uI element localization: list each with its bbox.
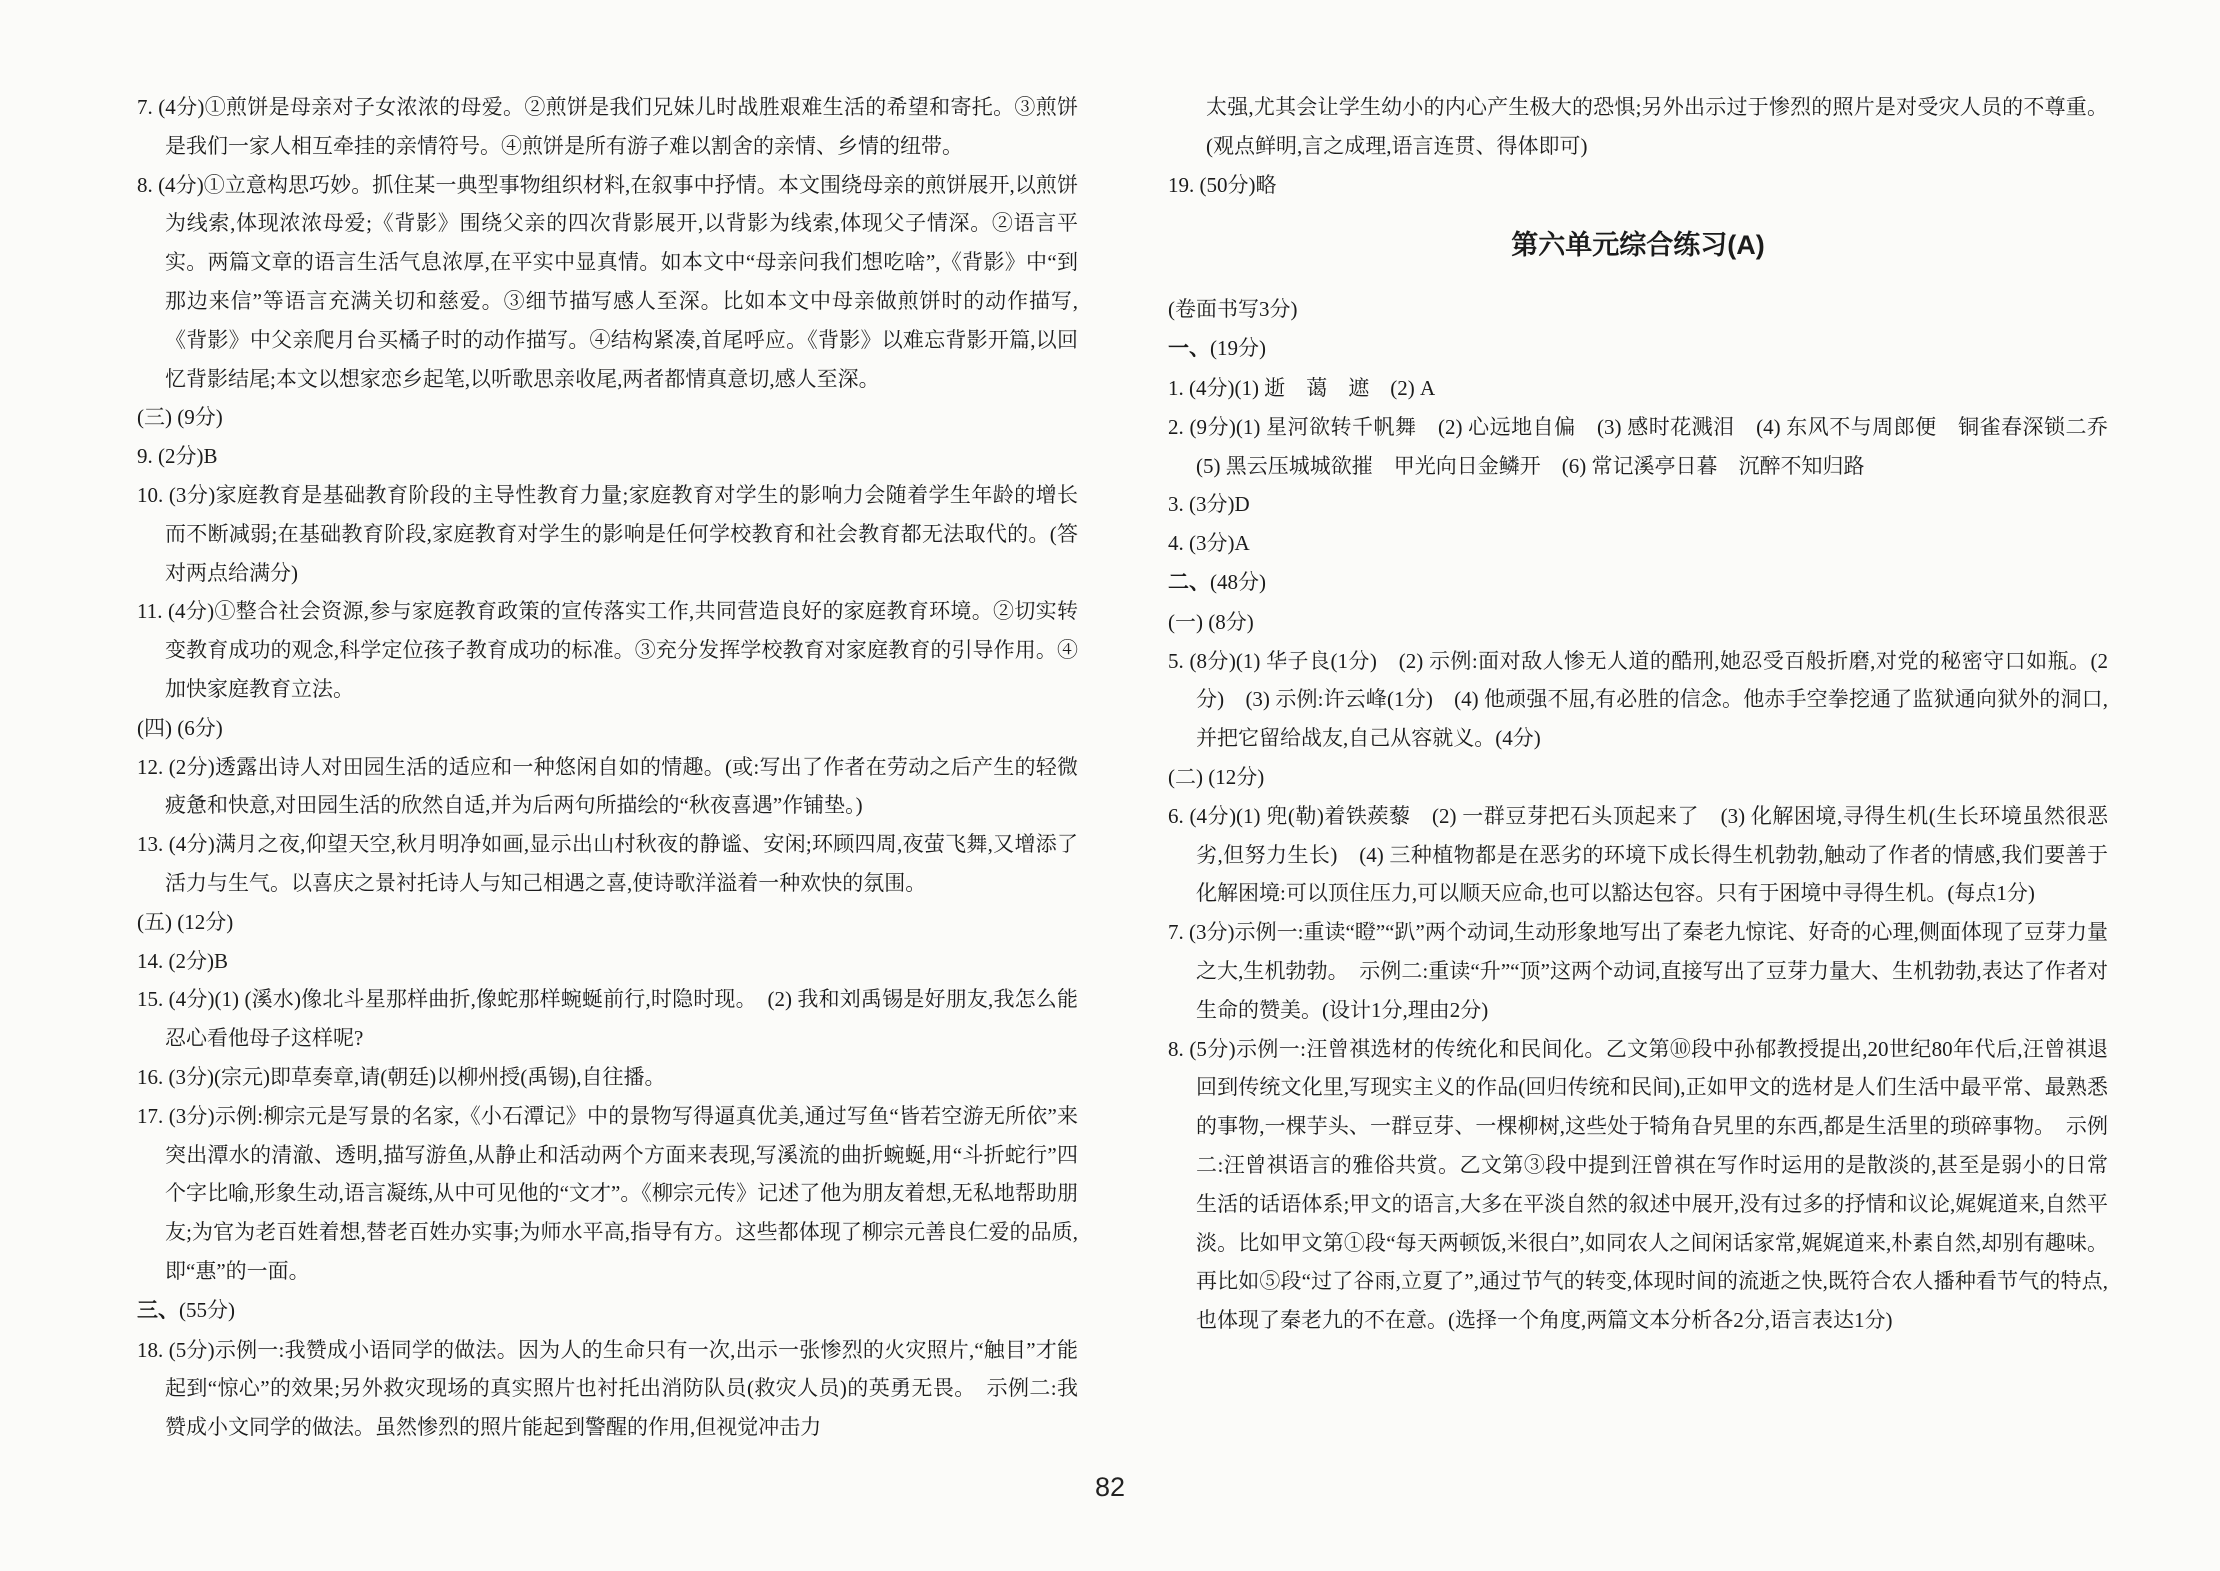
right-column: 太强,尤其会让学生幼小的内心产生极大的恐惧;另外出示过于惨烈的照片是对受灾人员的… — [1168, 88, 2108, 1340]
answer-item: 11. (4分)①整合社会资源,参与家庭教育政策的宣传落实工作,共同营造良好的家… — [137, 592, 1078, 708]
answer-key-page: 7. (4分)①煎饼是母亲对子女浓浓的母爱。②煎饼是我们兄妹儿时战胜艰难生活的希… — [0, 0, 2220, 1571]
answer-item: 8. (4分)①立意构思巧妙。抓住某一典型事物组织材料,在叙事中抒情。本文围绕母… — [137, 166, 1078, 399]
section-label: (三) (9分) — [137, 398, 1078, 437]
section-major-label: 二、(48分) — [1168, 563, 2108, 603]
section-label: (五) (12分) — [137, 903, 1078, 942]
answer-item: 3. (3分)D — [1168, 485, 2108, 524]
section-marker: 三、 — [137, 1299, 179, 1322]
section-label: (一) (8分) — [1168, 603, 2108, 642]
section-label: (四) (6分) — [137, 709, 1078, 748]
answer-item: 5. (8分)(1) 华子良(1分) (2) 示例:面对敌人惨无人道的酷刑,她忍… — [1168, 642, 2108, 758]
continued-paragraph: 太强,尤其会让学生幼小的内心产生极大的恐惧;另外出示过于惨烈的照片是对受灾人员的… — [1168, 88, 2108, 166]
answer-item: 7. (3分)示例一:重读“瞪”“趴”两个动词,生动形象地写出了秦老九惊诧、好奇… — [1168, 913, 2108, 1029]
section-label: (二) (12分) — [1168, 758, 2108, 797]
answer-item: 4. (3分)A — [1168, 524, 2108, 563]
page-number: 82 — [0, 1472, 2220, 1503]
section-label: (卷面书写3分) — [1168, 290, 2108, 329]
section-score: (55分) — [179, 1298, 235, 1322]
answer-item: 18. (5分)示例一:我赞成小语同学的做法。因为人的生命只有一次,出示一张惨烈… — [137, 1331, 1078, 1447]
answer-item: 12. (2分)透露出诗人对田园生活的适应和一种悠闲自如的情趣。(或:写出了作者… — [137, 748, 1078, 826]
answer-item: 8. (5分)示例一:汪曾祺选材的传统化和民间化。乙文第⑩段中孙郁教授提出,20… — [1168, 1030, 2108, 1340]
answer-item: 2. (9分)(1) 星河欲转千帆舞 (2) 心远地自偏 (3) 感时花溅泪 (… — [1168, 408, 2108, 486]
answer-item: 10. (3分)家庭教育是基础教育阶段的主导性教育力量;家庭教育对学生的影响力会… — [137, 476, 1078, 592]
section-marker: 一、 — [1168, 337, 1210, 360]
section-major-label: 一、(19分) — [1168, 329, 2108, 369]
section-marker: 二、 — [1168, 571, 1210, 594]
answer-item: 19. (50分)略 — [1168, 166, 2108, 205]
answer-item: 6. (4分)(1) 兜(勒)着铁蒺藜 (2) 一群豆芽把石头顶起来了 (3) … — [1168, 797, 2108, 913]
unit-heading: 第六单元综合练习(A) — [1168, 222, 2108, 268]
answer-item: 9. (2分)B — [137, 437, 1078, 476]
left-column: 7. (4分)①煎饼是母亲对子女浓浓的母爱。②煎饼是我们兄妹儿时战胜艰难生活的希… — [137, 88, 1078, 1447]
section-major-label: 三、(55分) — [137, 1291, 1078, 1331]
answer-item: 7. (4分)①煎饼是母亲对子女浓浓的母爱。②煎饼是我们兄妹儿时战胜艰难生活的希… — [137, 88, 1078, 166]
answer-item: 13. (4分)满月之夜,仰望天空,秋月明净如画,显示出山村秋夜的静谧、安闲;环… — [137, 825, 1078, 903]
section-score: (19分) — [1210, 336, 1266, 360]
answer-item: 16. (3分)(宗元)即草奏章,请(朝廷)以柳州授(禹锡),自往播。 — [137, 1058, 1078, 1097]
answer-item: 15. (4分)(1) (溪水)像北斗星那样曲折,像蛇那样蜿蜒前行,时隐时现。 … — [137, 980, 1078, 1058]
answer-item: 17. (3分)示例:柳宗元是写景的名家,《小石潭记》中的景物写得逼真优美,通过… — [137, 1097, 1078, 1291]
section-score: (48分) — [1210, 570, 1266, 594]
answer-item: 14. (2分)B — [137, 942, 1078, 981]
answer-item: 1. (4分)(1) 逝 蔼 遮 (2) A — [1168, 369, 2108, 408]
